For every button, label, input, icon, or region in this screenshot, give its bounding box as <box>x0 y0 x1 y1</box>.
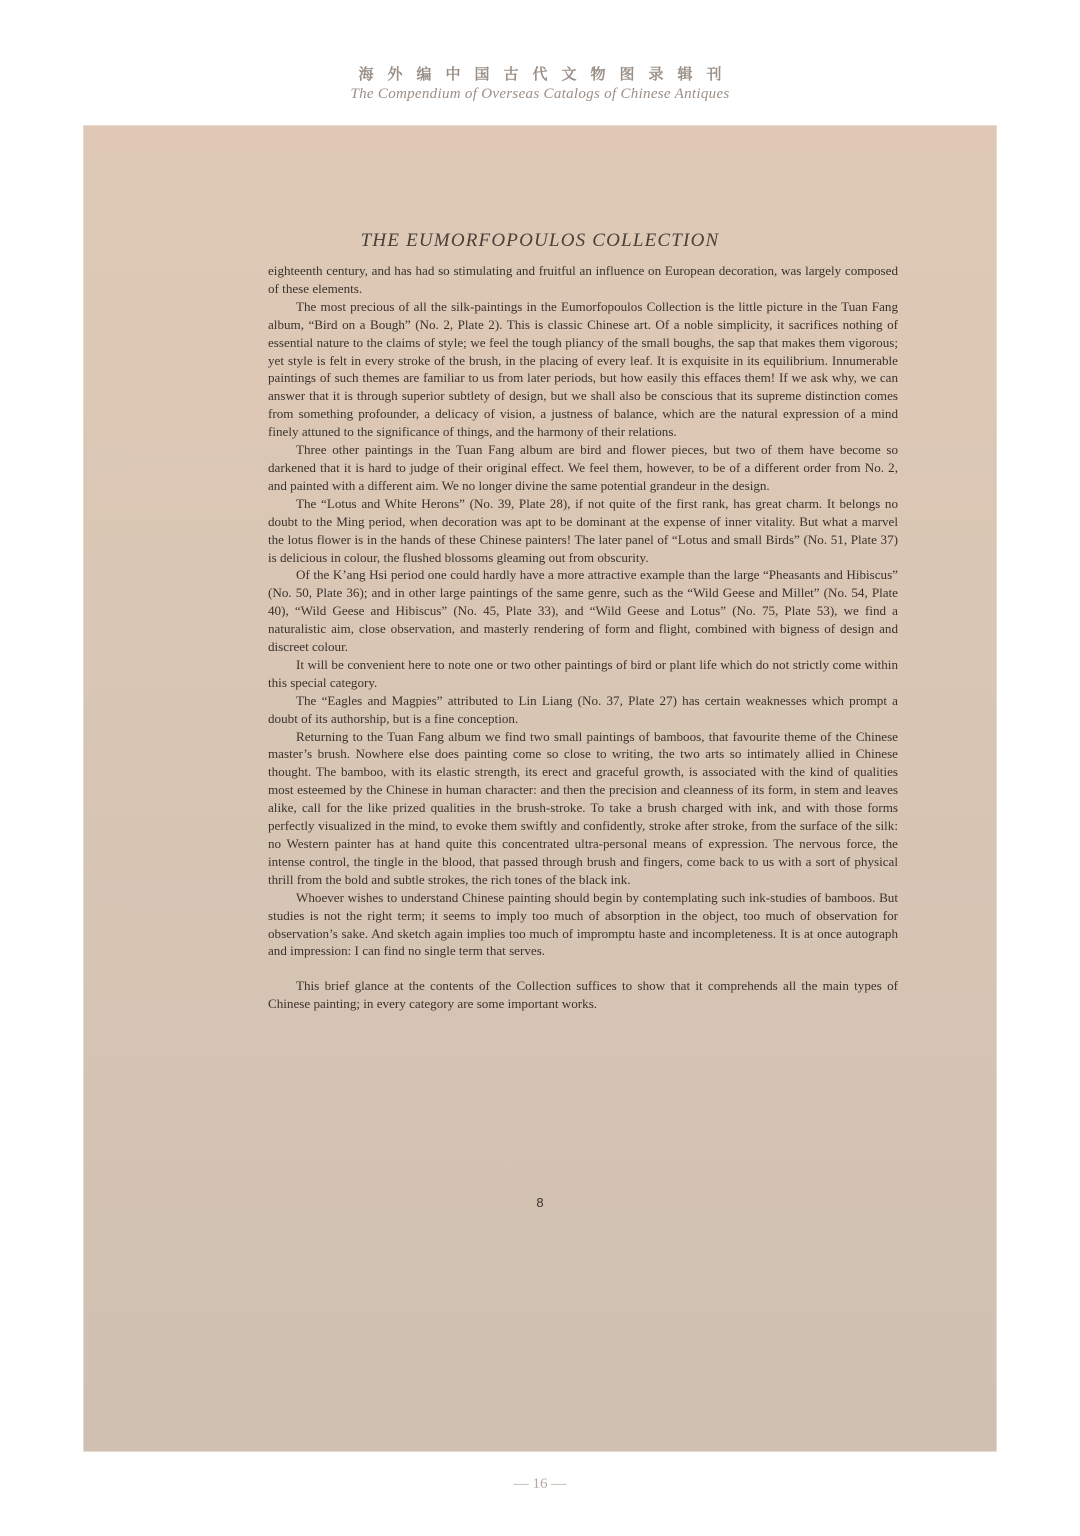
paragraph: Whoever wishes to understand Chinese pai… <box>268 889 898 961</box>
paragraph: It will be convenient here to note one o… <box>268 656 898 692</box>
paragraph: eighteenth century, and has had so stimu… <box>268 262 898 298</box>
footer-page-number: — 16 — <box>0 1476 1080 1493</box>
paragraph: The most precious of all the silk-painti… <box>268 298 898 441</box>
paragraph: Returning to the Tuan Fang album we find… <box>268 728 898 889</box>
paragraph: This brief glance at the contents of the… <box>268 977 898 1013</box>
scanned-page: THE EUMORFOPOULOS COLLECTION eighteenth … <box>83 125 997 1452</box>
compendium-header: 海外编中国古代文物图录辑刊 The Compendium of Overseas… <box>0 64 1080 103</box>
body-text: eighteenth century, and has had so stimu… <box>268 262 898 1013</box>
paragraph: Of the K’ang Hsi period one could hardly… <box>268 566 898 656</box>
header-title-chinese: 海外编中国古代文物图录辑刊 <box>0 64 1080 84</box>
paragraph: The “Lotus and White Herons” (No. 39, Pl… <box>268 495 898 567</box>
paragraph: The “Eagles and Magpies” attributed to L… <box>268 692 898 728</box>
folio-number: 8 <box>83 1195 997 1210</box>
paragraph: Three other paintings in the Tuan Fang a… <box>268 441 898 495</box>
running-head: THE EUMORFOPOULOS COLLECTION <box>83 230 997 252</box>
header-title-english: The Compendium of Overseas Catalogs of C… <box>0 85 1080 103</box>
